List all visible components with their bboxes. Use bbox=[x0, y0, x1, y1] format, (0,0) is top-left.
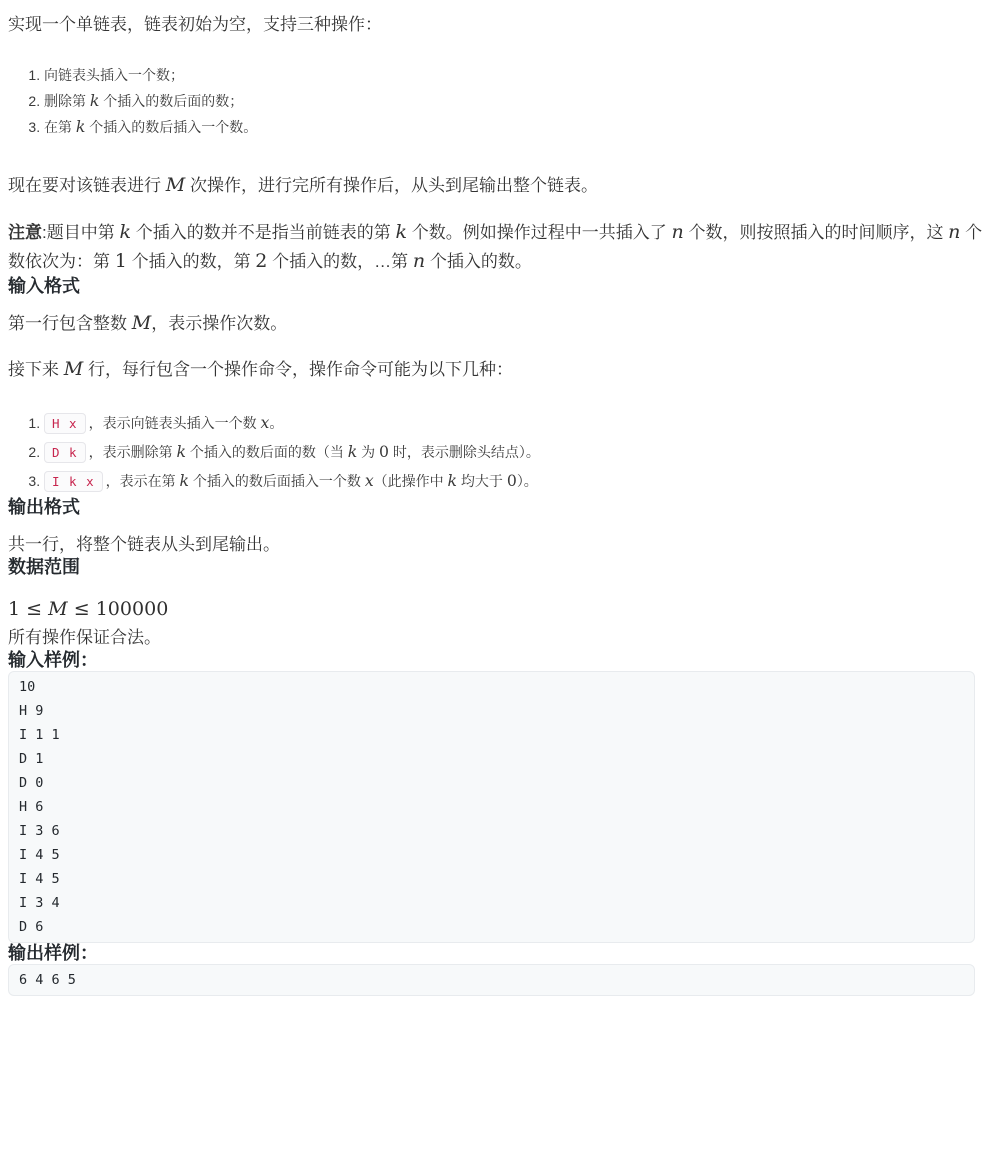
input-format-paragraph-2: 接下来 M 行，每行包含一个操作命令，操作命令可能为以下几种： bbox=[8, 357, 985, 382]
text-run: ，表示操作次数。 bbox=[151, 314, 287, 333]
math-var: k bbox=[76, 117, 86, 136]
text-run: 。 bbox=[269, 415, 283, 431]
math-var: k bbox=[448, 471, 458, 490]
command-item-1: H x，表示向链表头插入一个数 x。 bbox=[44, 410, 985, 436]
text-run: 删除第 bbox=[44, 93, 90, 109]
sample-output-heading: 输出样例： bbox=[8, 943, 985, 964]
text-run: 行，每行包含一个操作命令，操作命令可能为以下几种： bbox=[83, 360, 513, 379]
math-var: n bbox=[671, 221, 683, 243]
math-var: M bbox=[64, 358, 84, 380]
math-var: x bbox=[260, 413, 269, 432]
math-var: k bbox=[395, 221, 407, 243]
text-run: ，表示向链表头插入一个数 bbox=[89, 415, 261, 431]
sample-input-code-block: 10 H 9 I 1 1 D 1 D 0 H 6 I 3 6 I 4 5 I 4… bbox=[8, 671, 975, 943]
math-var: k bbox=[176, 442, 186, 461]
text-run: 个插入的数后面的数（当 bbox=[186, 444, 348, 460]
math-num: 0 bbox=[379, 442, 389, 461]
text-run: 个数。例如操作过程中一共插入了 bbox=[407, 223, 671, 242]
text-run: ，表示删除第 bbox=[89, 444, 177, 460]
operation-item-2: 删除第 k 个插入的数后面的数； bbox=[44, 88, 985, 114]
text-run: :题目中第 bbox=[42, 223, 119, 242]
math-var: k bbox=[348, 442, 358, 461]
text-run: 个插入的数后面的数； bbox=[99, 93, 243, 109]
math-num: 1 ≤ bbox=[8, 598, 48, 620]
sample-output-code-block: 6 4 6 5 bbox=[8, 964, 975, 996]
constraint-formula: 1 ≤ M ≤ 100000 bbox=[8, 598, 985, 621]
output-format-paragraph: 共一行，将整个链表从头到尾输出。 bbox=[8, 533, 985, 557]
input-format-heading: 输入格式 bbox=[8, 276, 985, 297]
text-run: 第一行包含整数 bbox=[8, 314, 132, 333]
text-run: 向链表头插入一个数； bbox=[44, 67, 184, 83]
math-num: 1 bbox=[115, 250, 127, 272]
operation-item-3: 在第 k 个插入的数后插入一个数。 bbox=[44, 114, 985, 140]
command-item-3: I k x，表示在第 k 个插入的数后面插入一个数 x（此操作中 k 均大于 0… bbox=[44, 468, 985, 494]
operation-item-1: 向链表头插入一个数； bbox=[44, 63, 985, 88]
math-var: n bbox=[413, 250, 425, 272]
text-run: 共一行，将整个链表从头到尾输出。 bbox=[8, 535, 280, 554]
text-run: ）。 bbox=[517, 473, 538, 489]
inline-code: I k x bbox=[44, 471, 103, 492]
math-var: k bbox=[90, 91, 100, 110]
text-run: 个插入的数并不是指当前链表的第 bbox=[131, 223, 395, 242]
math-num: ≤ 100000 bbox=[68, 598, 169, 620]
text-run: 时，表示删除头结点）。 bbox=[389, 444, 540, 460]
data-range-note: 所有操作保证合法。 bbox=[8, 626, 985, 650]
input-format-paragraph-1: 第一行包含整数 M，表示操作次数。 bbox=[8, 311, 985, 336]
process-paragraph: 现在要对该链表进行 M 次操作，进行完所有操作后，从头到尾输出整个链表。 bbox=[8, 173, 985, 198]
math-var: n bbox=[948, 221, 960, 243]
sample-input-heading: 输入样例： bbox=[8, 650, 985, 671]
text-run: 个插入的数。 bbox=[425, 252, 532, 271]
text-run: 接下来 bbox=[8, 360, 64, 379]
text-run: 均大于 bbox=[457, 473, 507, 489]
text-run: 次操作，进行完所有操作后，从头到尾输出整个链表。 bbox=[185, 176, 598, 195]
text-run: 所有操作保证合法。 bbox=[8, 628, 161, 647]
math-var: M bbox=[48, 598, 68, 620]
text-run: 个插入的数，第 bbox=[127, 252, 255, 271]
text-run: （此操作中 bbox=[374, 473, 448, 489]
math-num: 0 bbox=[507, 471, 517, 490]
math-var: k bbox=[180, 471, 190, 490]
intro-paragraph: 实现一个单链表，链表初始为空，支持三种操作： bbox=[8, 13, 985, 37]
math-var: M bbox=[132, 312, 152, 334]
math-num: 2 bbox=[255, 250, 267, 272]
math-var: M bbox=[166, 174, 186, 196]
problem-statement: 实现一个单链表，链表初始为空，支持三种操作： 向链表头插入一个数； 删除第 k … bbox=[0, 0, 999, 1010]
note-paragraph: 注意:题目中第 k 个插入的数并不是指当前链表的第 k 个数。例如操作过程中一共… bbox=[8, 218, 985, 276]
text-run: 现在要对该链表进行 bbox=[8, 176, 166, 195]
math-var: x bbox=[365, 471, 374, 490]
data-range-heading: 数据范围 bbox=[8, 557, 985, 578]
command-item-2: D k，表示删除第 k 个插入的数后面的数（当 k 为 0 时，表示删除头结点）… bbox=[44, 439, 985, 465]
commands-list: H x，表示向链表头插入一个数 x。 D k，表示删除第 k 个插入的数后面的数… bbox=[8, 410, 985, 494]
text-run: 个插入的数后面插入一个数 bbox=[189, 473, 365, 489]
text-run: 个数，则按照插入的时间顺序，这 bbox=[684, 223, 948, 242]
text-run: 为 bbox=[357, 444, 379, 460]
inline-code: D k bbox=[44, 442, 86, 463]
bold-text: 注意 bbox=[8, 223, 42, 242]
inline-code: H x bbox=[44, 413, 86, 434]
text-run: 个插入的数，…第 bbox=[267, 252, 412, 271]
text-run: ，表示在第 bbox=[106, 473, 180, 489]
text-run: 个插入的数后插入一个数。 bbox=[85, 119, 257, 135]
text-run: 实现一个单链表，链表初始为空，支持三种操作： bbox=[8, 15, 382, 34]
output-format-heading: 输出格式 bbox=[8, 497, 985, 518]
operations-list: 向链表头插入一个数； 删除第 k 个插入的数后面的数； 在第 k 个插入的数后插… bbox=[8, 63, 985, 140]
text-run: 在第 bbox=[44, 119, 76, 135]
math-var: k bbox=[119, 221, 131, 243]
